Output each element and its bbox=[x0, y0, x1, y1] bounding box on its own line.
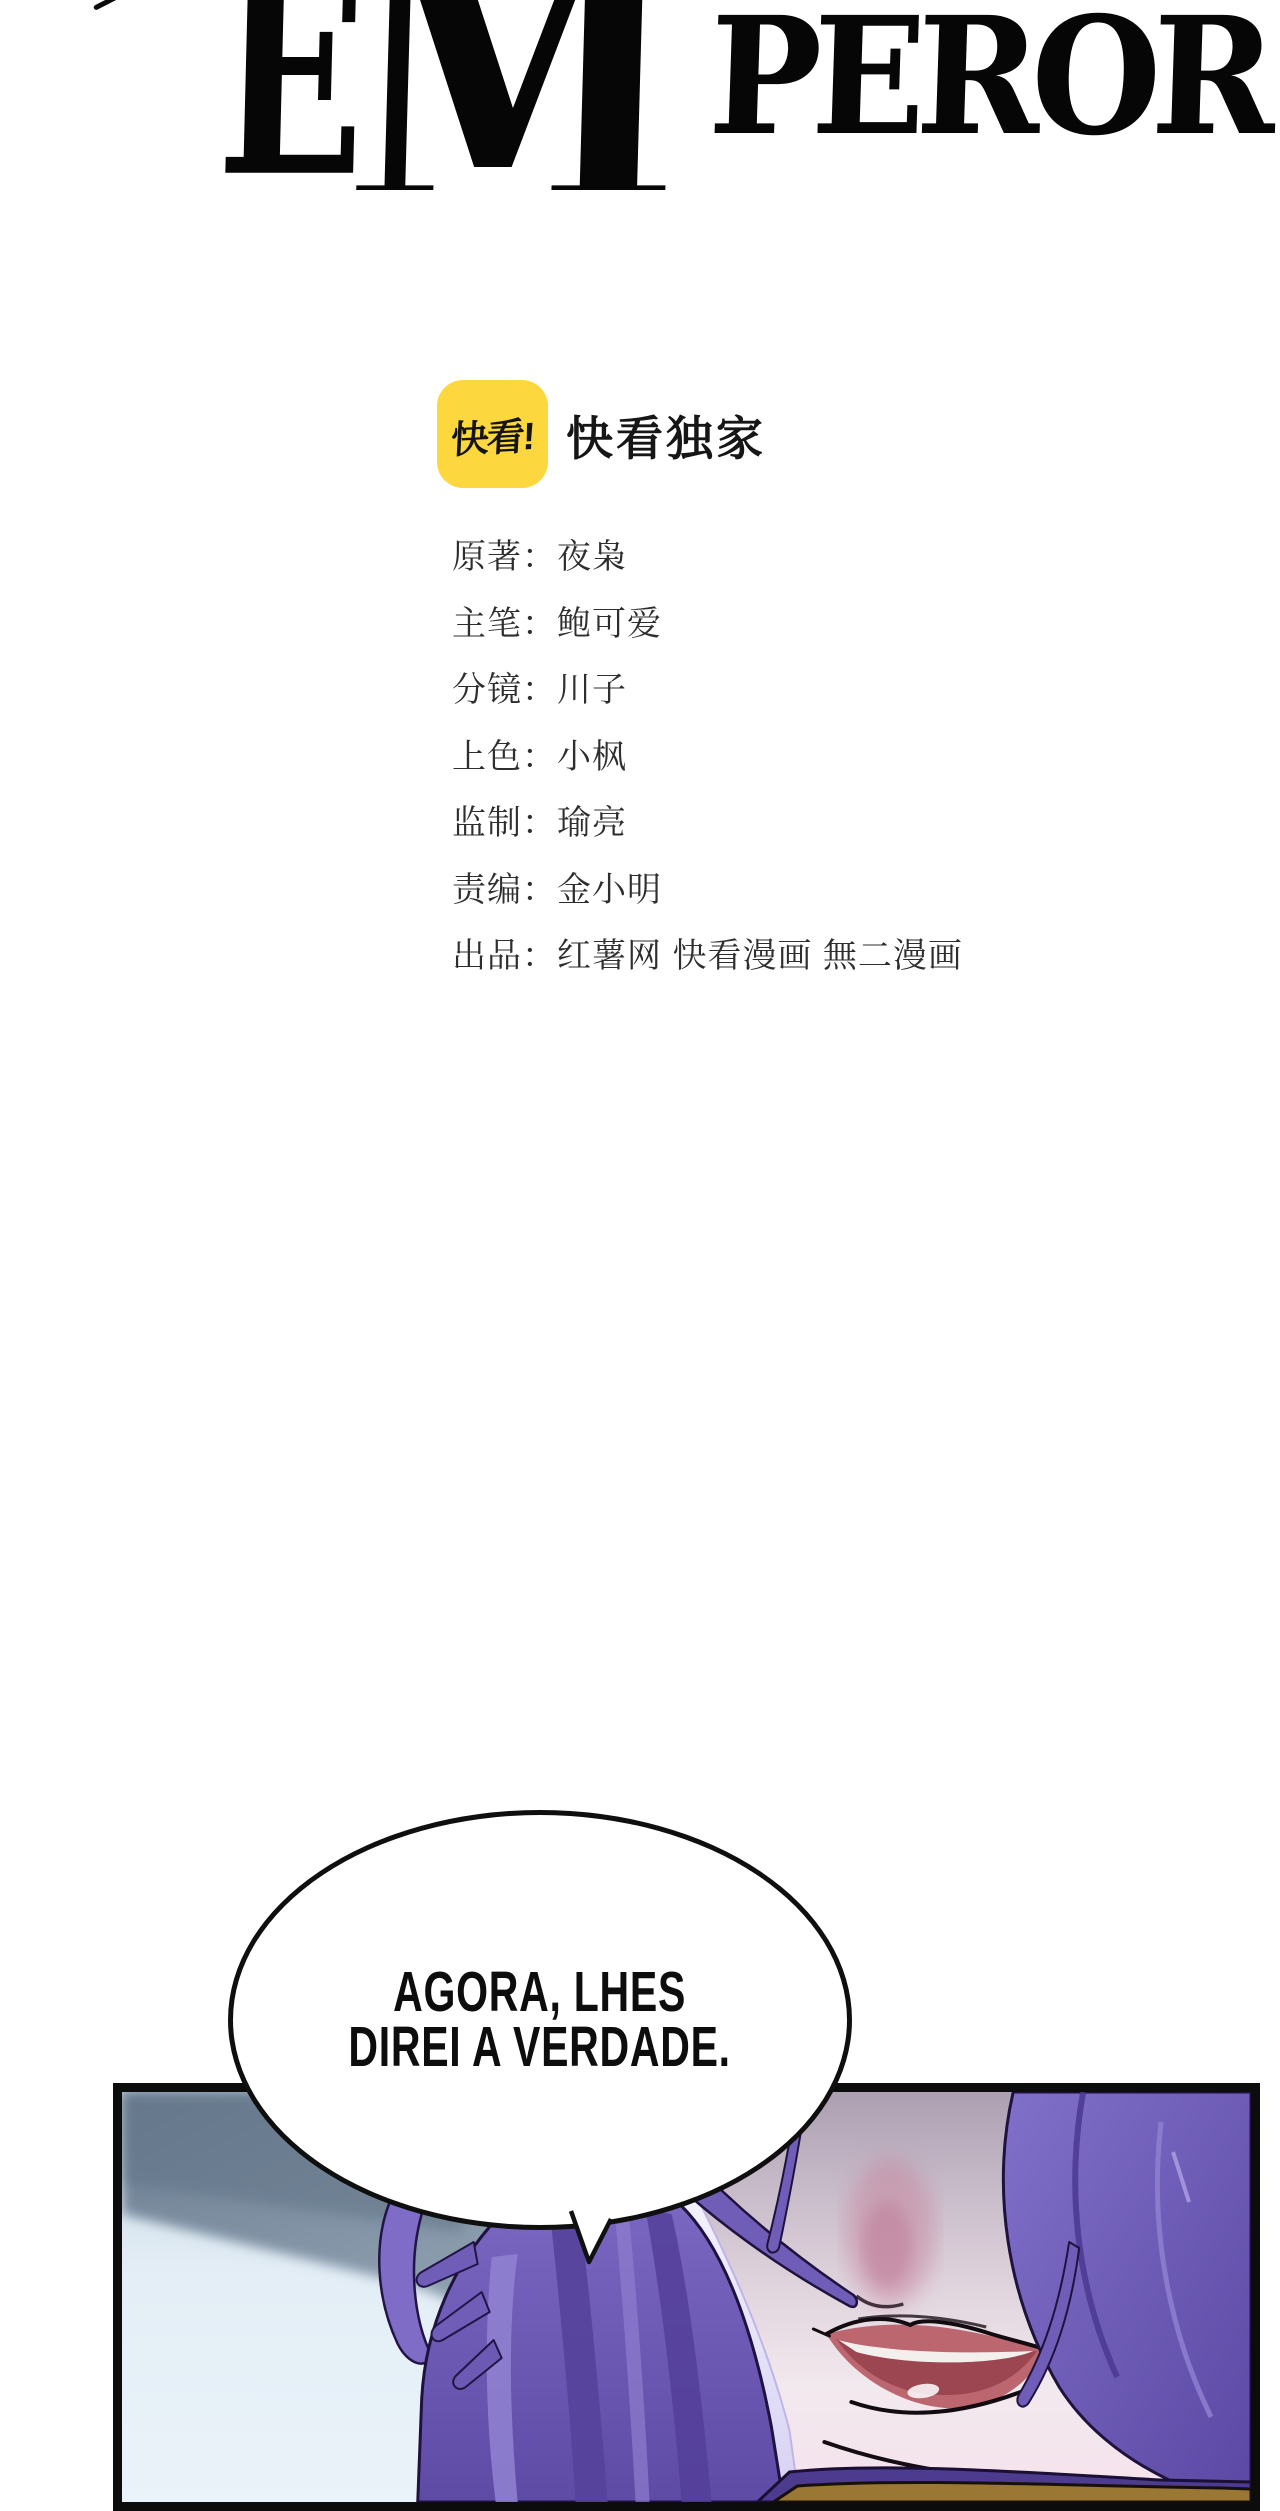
manga-page: E M PEROR 快看! 快看独家 原著：夜枭 主笔：鲍可爱 分镜：川子 上色… bbox=[0, 0, 1280, 2511]
title-flourish-slash bbox=[93, 0, 136, 11]
speech-text-line-2: DIREI A VERDADE. bbox=[349, 2020, 731, 2075]
nose-shadow bbox=[846, 2158, 934, 2307]
credit-line-coloring: 上色：小枫 bbox=[452, 724, 963, 791]
credit-line-author: 原著：夜枭 bbox=[452, 524, 963, 591]
title-letter-m: M bbox=[341, 0, 688, 190]
speech-text-line-1: AGORA, LHES bbox=[349, 1965, 731, 2020]
kuaikan-badge: 快看! bbox=[437, 380, 548, 488]
credit-line-storyboard: 分镜：川子 bbox=[452, 657, 963, 724]
credit-line-supervisor: 监制：瑜亮 bbox=[452, 790, 963, 857]
credit-line-artist: 主笔：鲍可爱 bbox=[452, 591, 963, 658]
speech-text: AGORA, LHES DIREI A VERDADE. bbox=[349, 1965, 731, 2075]
speech-bubble: AGORA, LHES DIREI A VERDADE. bbox=[228, 1810, 852, 2230]
credits-list: 原著：夜枭 主笔：鲍可爱 分镜：川子 上色：小枫 监制：瑜亮 责编：金小明 出品… bbox=[452, 524, 963, 990]
title-emperor: E M PEROR bbox=[0, 0, 1280, 190]
credit-line-editor: 责编：金小明 bbox=[452, 857, 963, 924]
kuaikan-badge-text: 快看! bbox=[450, 404, 535, 464]
title-letters-peror: PEROR bbox=[707, 0, 1269, 158]
exclusive-label: 快看独家 bbox=[566, 402, 766, 469]
credit-line-production: 出品：红薯网 快看漫画 無二漫画 bbox=[452, 923, 963, 990]
speech-bubble-tail bbox=[550, 2196, 634, 2280]
